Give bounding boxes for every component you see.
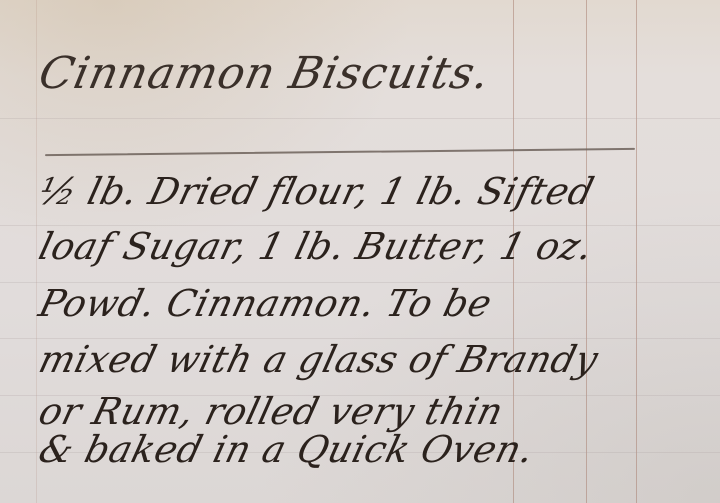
ruled-line [0,118,720,119]
recipe-line-6: & baked in a Quick Oven. [35,428,539,471]
recipe-line-2: loaf Sugar, 1 lb. Butter, 1 oz. [35,225,598,268]
recipe-line-1: ½ lb. Dried flour, 1 lb. Sifted [35,170,599,213]
recipe-page: Cinnamon Biscuits. ½ lb. Dried flour, 1 … [0,0,720,503]
title-divider [45,148,635,156]
recipe-line-3: Powd. Cinnamon. To be [35,282,497,325]
recipe-line-5: or Rum, rolled very thin [35,390,508,433]
recipe-title: Cinnamon Biscuits. [35,48,495,99]
recipe-line-4: mixed with a glass of Brandy [35,338,603,381]
column-rule-3 [636,0,637,503]
